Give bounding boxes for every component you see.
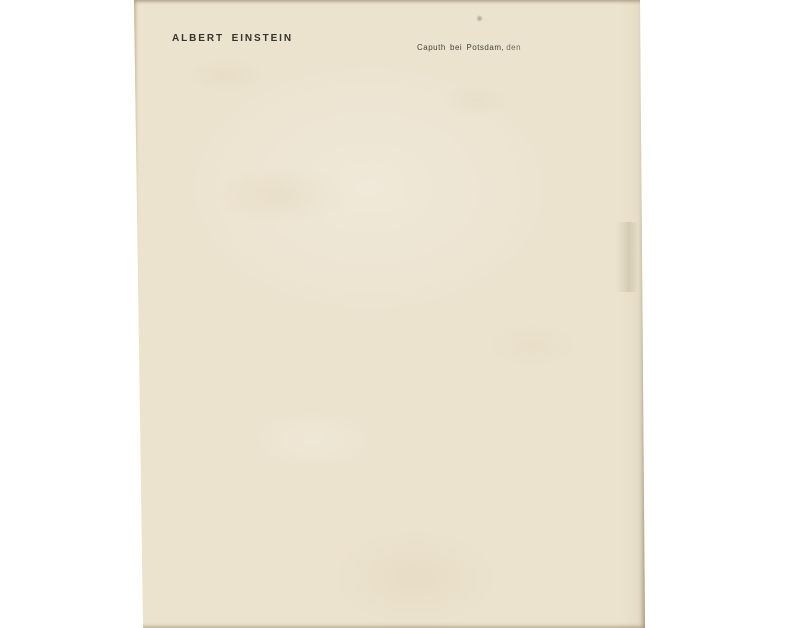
letterhead-place-text: Caputh bei Potsdam,: [417, 43, 504, 52]
pencil-mark: [476, 15, 483, 22]
letterhead-date-prefix: den: [506, 43, 521, 52]
letterhead-place-date-line: Caputh bei Potsdam,den: [417, 43, 521, 52]
letterhead-paper: ALBERT EINSTEIN Caputh bei Potsdam,den: [134, 0, 645, 628]
scan-background: ALBERT EINSTEIN Caputh bei Potsdam,den: [0, 0, 800, 628]
paper-right-shading: [619, 0, 645, 628]
letterhead-name: ALBERT EINSTEIN: [172, 33, 293, 44]
